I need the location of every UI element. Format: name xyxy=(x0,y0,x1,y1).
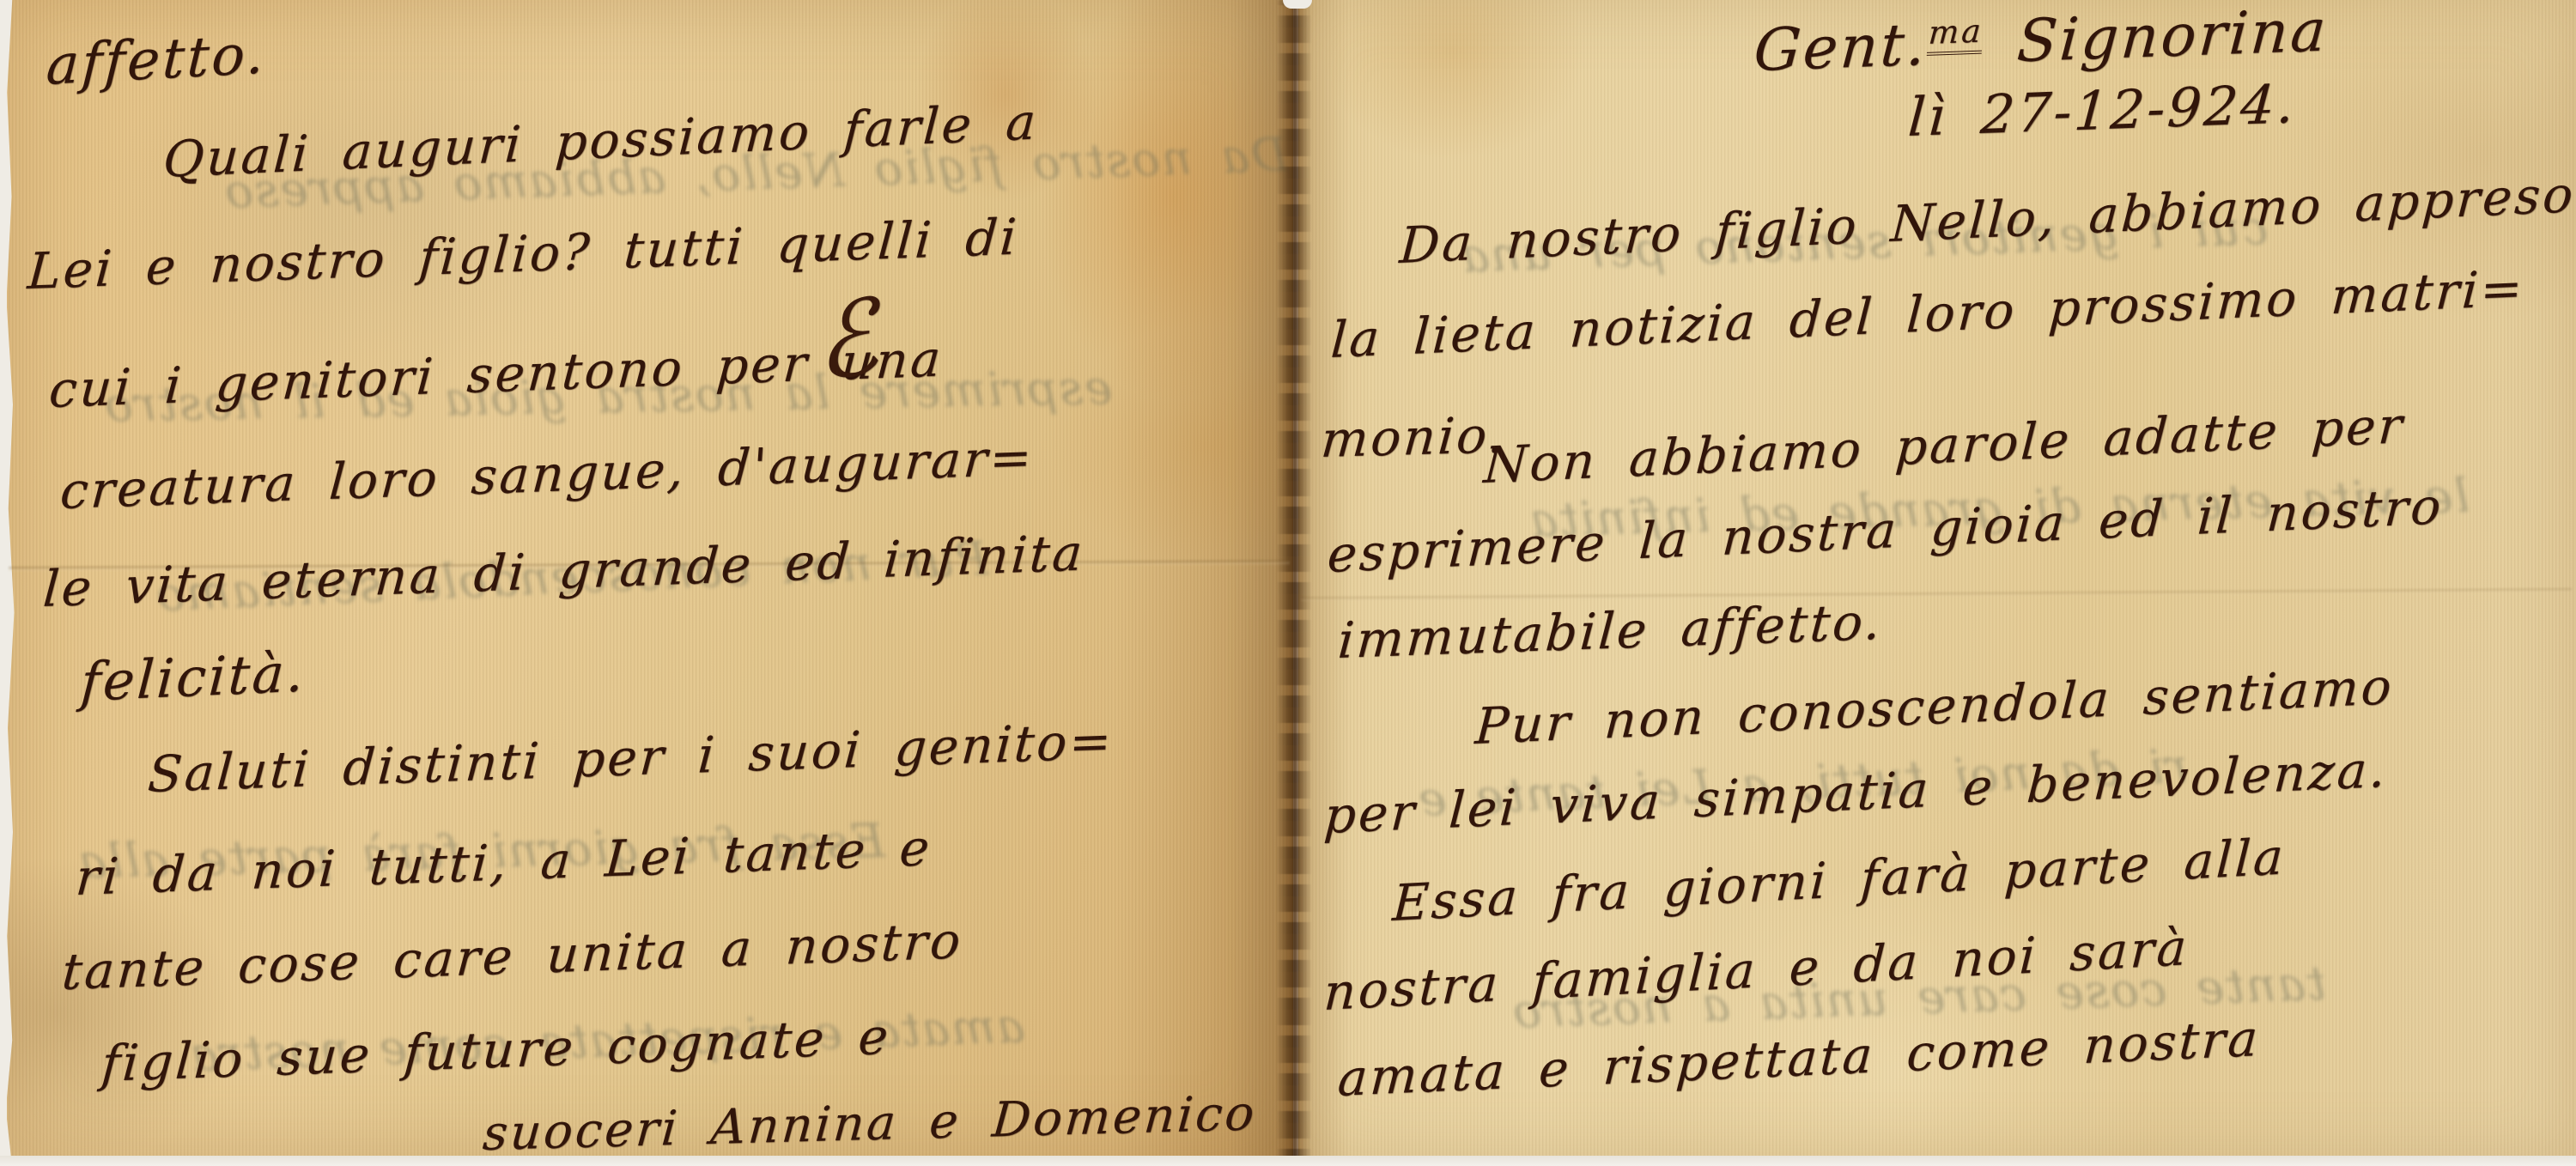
letter-scan: Da nostro figlio Nello, abbiamo appreso … xyxy=(0,0,2576,1166)
salutation-superscript: ma xyxy=(1927,12,1984,56)
handwriting-line: monio. xyxy=(1319,405,1509,469)
page-fold-seam xyxy=(1276,0,1312,1161)
seam-top-notch xyxy=(1283,0,1312,9)
handwriting-line: felicità. xyxy=(79,641,308,714)
scanner-edge-left xyxy=(0,0,7,1166)
salutation-name: Signorina xyxy=(2015,0,2331,76)
scanner-edge-bottom xyxy=(0,1156,2576,1166)
handwriting-line: affetto. xyxy=(45,22,268,98)
salutation-prefix: Gent. xyxy=(1752,11,1930,85)
